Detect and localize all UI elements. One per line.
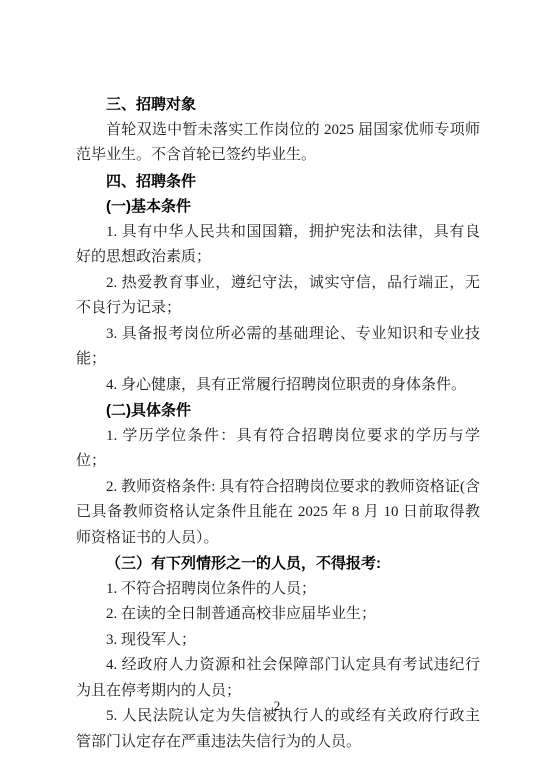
document-content: 三、招聘对象 首轮双选中暂未落实工作岗位的 2025 届国家优师专项师范毕业生。… — [76, 92, 480, 755]
paragraph-specific-condition-1: 1. 学历学位条件：具有符合招聘岗位要求的学历与学位； — [76, 424, 480, 475]
paragraph-specific-condition-2: 2. 教师资格条件: 具有符合招聘岗位要求的教师资格证(含已具备教师资格认定条件… — [76, 475, 480, 552]
paragraph-ineligible-3: 3. 现役军人； — [76, 628, 480, 654]
paragraph-ineligible-2: 2. 在读的全日制普通高校非应届毕业生； — [76, 602, 480, 628]
paragraph-basic-condition-2: 2. 热爱教育事业，遵纪守法，诚实守信，品行端正，无不良行为记录； — [76, 271, 480, 322]
paragraph-recruitment-target: 首轮双选中暂未落实工作岗位的 2025 届国家优师专项师范毕业生。不含首轮已签约… — [76, 118, 480, 169]
section-heading-recruitment-conditions: 四、招聘条件 — [76, 169, 480, 195]
page-number: 2 — [0, 698, 554, 714]
paragraph-basic-condition-3: 3. 具备报考岗位所必需的基础理论、专业知识和专业技能； — [76, 322, 480, 373]
paragraph-basic-condition-1: 1. 具有中华人民共和国国籍，拥护宪法和法律，具有良好的思想政治素质； — [76, 220, 480, 271]
section-heading-recruitment-target: 三、招聘对象 — [76, 92, 480, 118]
subheading-specific-conditions: (二)具体条件 — [76, 398, 480, 424]
subheading-basic-conditions: (一)基本条件 — [76, 194, 480, 220]
paragraph-basic-condition-4: 4. 身心健康，具有正常履行招聘岗位职责的身体条件。 — [76, 373, 480, 399]
scanned-document-page: 三、招聘对象 首轮双选中暂未落实工作岗位的 2025 届国家优师专项师范毕业生。… — [0, 0, 554, 784]
paragraph-ineligible-4: 4. 经政府人力资源和社会保障部门认定具有考试违纪行为且在停考期内的人员； — [76, 653, 480, 704]
subheading-ineligible-persons: （三）有下列情形之一的人员，不得报考: — [76, 551, 480, 577]
paragraph-ineligible-1: 1. 不符合招聘岗位条件的人员； — [76, 577, 480, 603]
